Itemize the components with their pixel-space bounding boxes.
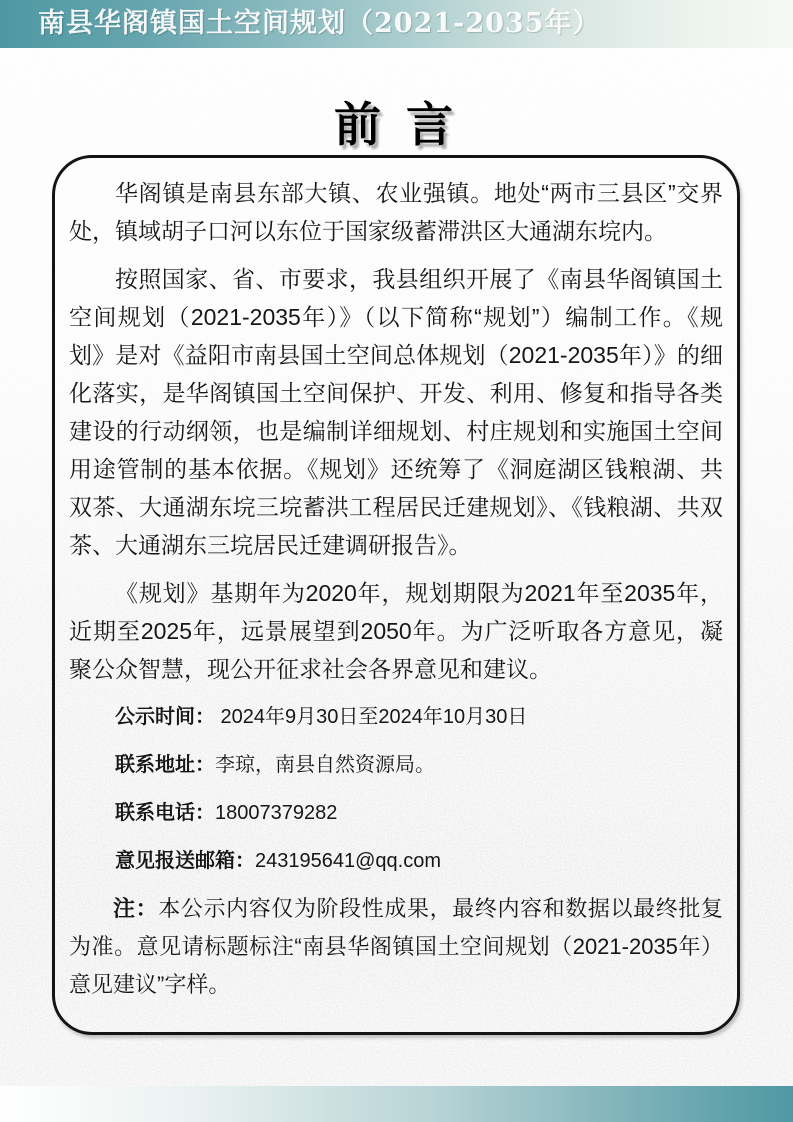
info-value: 2024年9月30日至2024年10月30日 (215, 706, 527, 728)
page-title: 前 言 (0, 88, 793, 155)
note-label: 注： (113, 896, 158, 921)
info-row-publicity-time: 公示时间： 2024年9月30日至2024年10月30日 (69, 698, 723, 736)
document-page: 南县华阁镇国土空间规划（2021-2035年） 前 言 华阁镇是南县东部大镇、农… (0, 0, 793, 1122)
paragraph-plan-background: 按照国家、省、市要求，我县组织开展了《南县华阁镇国土空间规划（2021-2035… (69, 260, 723, 564)
info-row-feedback-email: 意见报送邮箱：243195641@qq.com (69, 842, 723, 880)
info-label: 联系电话： (115, 802, 215, 824)
paragraph-plan-period: 《规划》基期年为2020年，规划期限为2021年至2035年，近期至2025年，… (69, 574, 723, 688)
info-row-contact-phone: 联系电话：18007379282 (69, 794, 723, 832)
info-label: 意见报送邮箱： (115, 850, 255, 872)
info-value: 李琼，南县自然资源局。 (215, 754, 435, 776)
note-text: 本公示内容仅为阶段性成果，最终内容和数据以最终批复为准。意见请标题标注“南县华阁… (69, 896, 723, 997)
document-header-title: 南县华阁镇国土空间规划（2021-2035年） (0, 0, 601, 48)
info-label: 公示时间： (115, 706, 215, 728)
info-label: 联系地址： (115, 754, 215, 776)
note-paragraph: 注：本公示内容仅为阶段性成果，最终内容和数据以最终批复为准。意见请标题标注“南县… (69, 890, 723, 1004)
content-box: 华阁镇是南县东部大镇、农业强镇。地处“两市三县区”交界处，镇域胡子口河以东位于国… (52, 155, 740, 1035)
header-bar: 南县华阁镇国土空间规划（2021-2035年） (0, 0, 793, 48)
info-value: 18007379282 (215, 802, 337, 824)
info-row-contact-address: 联系地址：李琼，南县自然资源局。 (69, 746, 723, 784)
footer-bar (0, 1086, 793, 1122)
info-value: 243195641@qq.com (255, 850, 441, 872)
paragraph-intro: 华阁镇是南县东部大镇、农业强镇。地处“两市三县区”交界处，镇域胡子口河以东位于国… (69, 174, 723, 250)
